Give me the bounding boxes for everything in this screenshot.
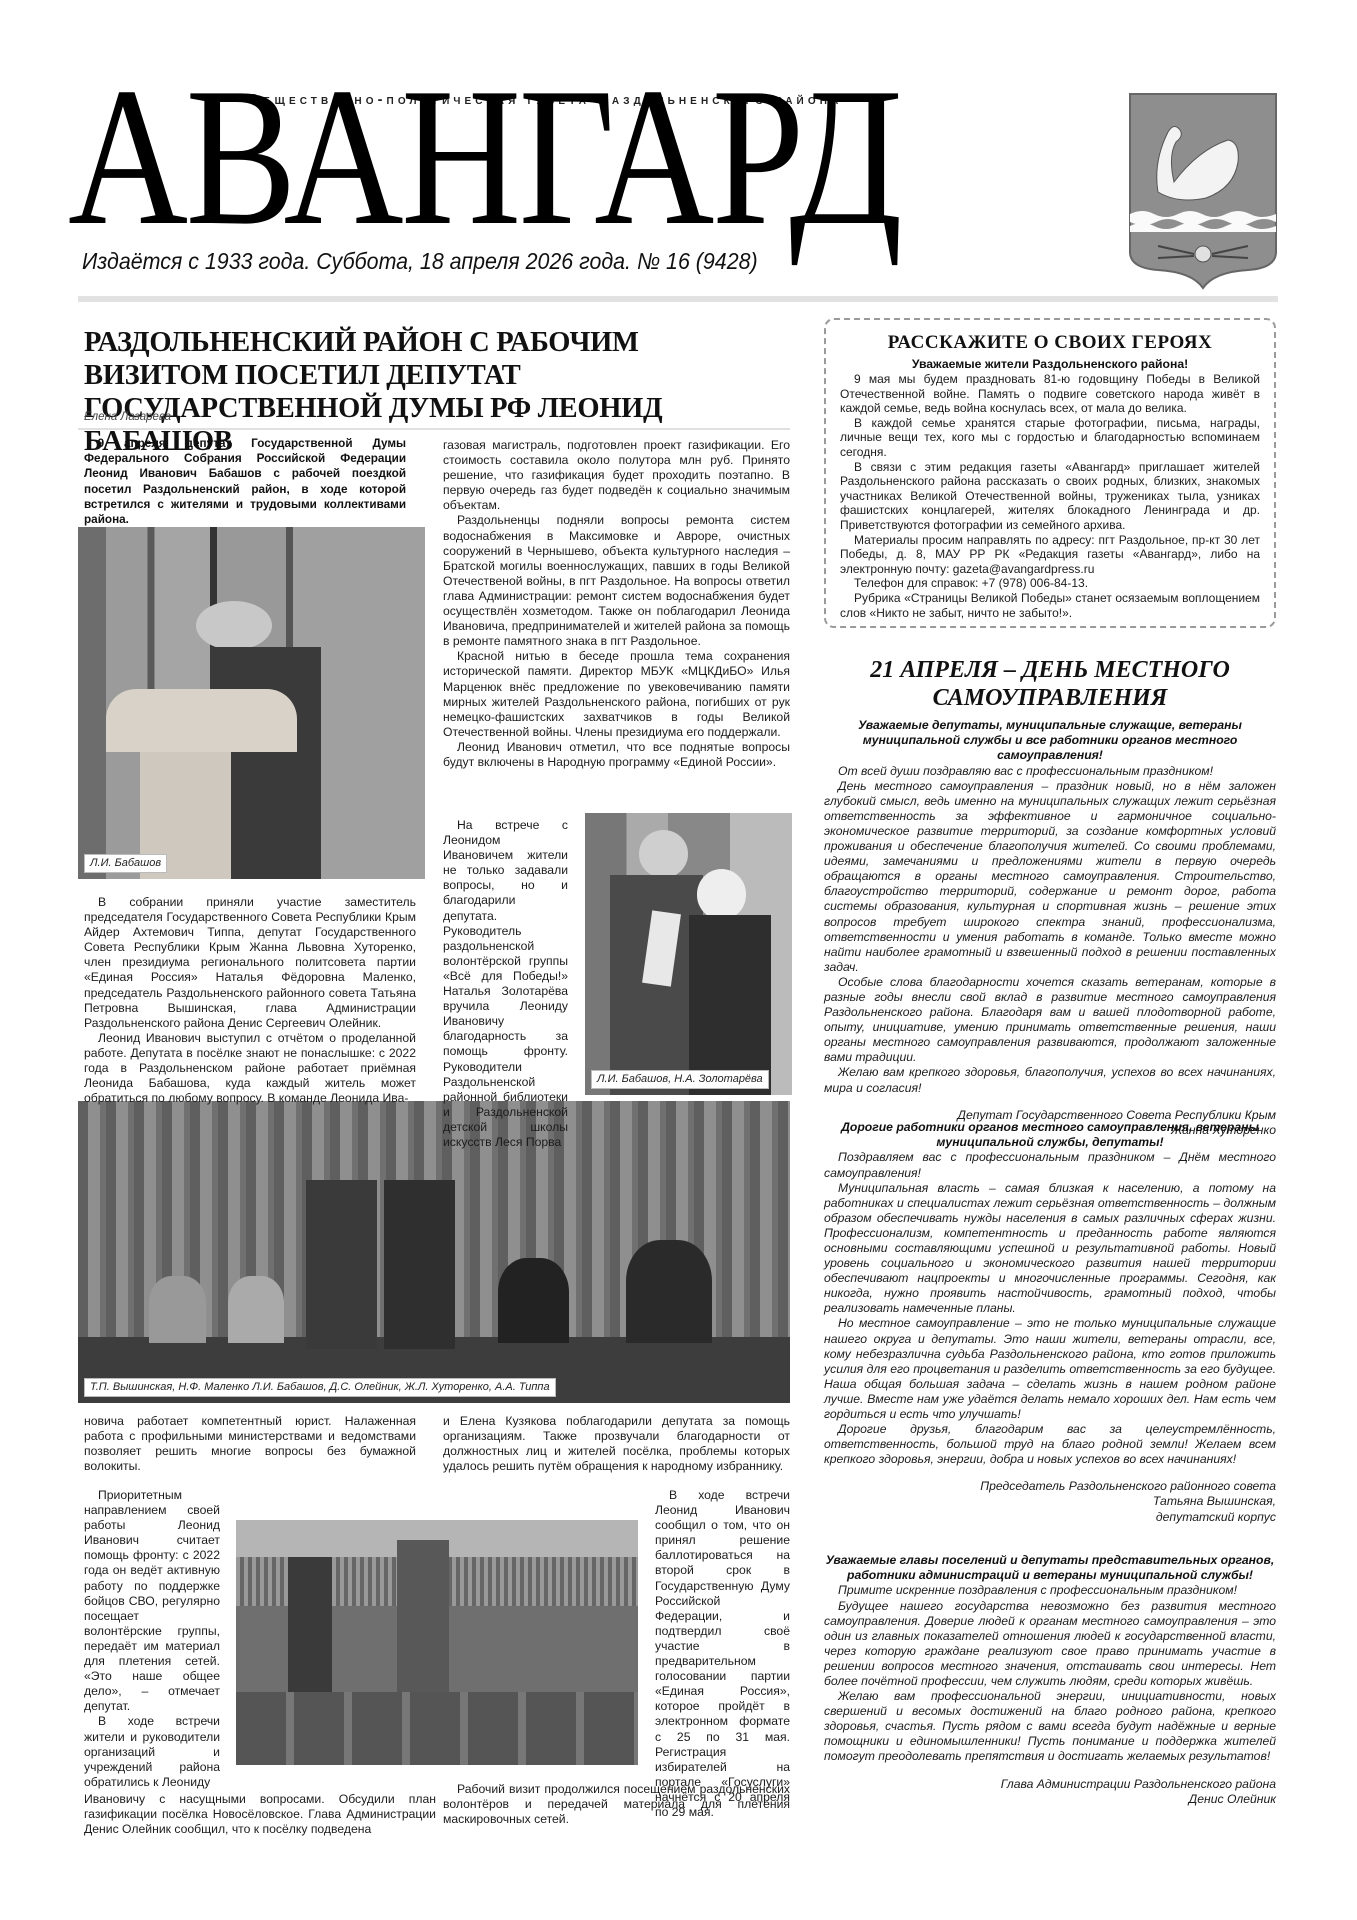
letter-signature: Председатель Раздольненского районного с… [824, 1479, 1276, 1524]
letter-greeting: Дорогие работники органов местного самоу… [824, 1120, 1276, 1150]
person-standing-shape [384, 1180, 455, 1349]
person-head-shape [196, 601, 272, 650]
photo-presidium: Т.П. Вышинская, Н.Ф. Маленко Л.И. Бабашо… [78, 1101, 790, 1403]
greeting-letter-khutorenko: Уважаемые депутаты, муниципальные служащ… [824, 718, 1276, 1138]
person-seated-shape [626, 1240, 711, 1343]
letter-signature: Глава Администрации Раздольненского райо… [824, 1777, 1276, 1807]
photo-caption: Т.П. Вышинская, Н.Ф. Маленко Л.И. Бабашо… [84, 1378, 556, 1397]
podium-shape [106, 689, 297, 752]
article-column-middle-narrow-bottom: В ходе встречи Леонид Иванович сообщил о… [655, 1488, 790, 1820]
person-seated-shape [228, 1276, 285, 1342]
person-body-shape [689, 915, 772, 1095]
letter-greeting: Уважаемые главы поселений и депутаты пре… [824, 1553, 1276, 1583]
article-column-middle-end: Рабочий визит продолжился посещением раз… [443, 1782, 790, 1827]
newspaper-title: АВАНГАРД [68, 72, 958, 242]
article-column-middle-narrow: На встрече с Леонидом Ивановичем жители … [443, 818, 568, 1150]
heroes-body: 9 мая мы будем праздновать 81-ю годовщин… [840, 372, 1260, 620]
person-seated-shape [498, 1258, 569, 1343]
person-head-shape [697, 869, 747, 920]
seats-shape [236, 1692, 638, 1766]
greeting-letter-oleynik: Уважаемые главы поселений и депутаты пре… [824, 1553, 1276, 1807]
person-standing-shape [397, 1540, 449, 1712]
heroes-title: РАССКАЖИТЕ О СВОИХ ГЕРОЯХ [840, 332, 1260, 354]
photo-audience [236, 1520, 638, 1765]
person-seated-shape [149, 1276, 206, 1342]
article-column-left: В собрании приняли участие заместитель п… [84, 895, 416, 1106]
photo-caption: Л.И. Бабашов, Н.А. Золотарёва [591, 1070, 769, 1089]
article-column-left-bottom: новича работает компетентный юрист. Нала… [84, 1414, 416, 1474]
photo-babashov-podium: Л.И. Бабашов [78, 527, 425, 879]
photo-babashov-zolotareva: Л.И. Бабашов, Н.А. Золотарёва [585, 813, 792, 1095]
greeting-letter-vyshinskaya: Дорогие работники органов местного самоу… [824, 1120, 1276, 1525]
article-column-middle-top: газовая магистраль, подготовлен проект г… [443, 438, 790, 770]
issue-info: Издаётся с 1933 года. Суббота, 18 апреля… [82, 248, 758, 275]
person-standing-shape [288, 1557, 332, 1704]
photo-caption: Л.И. Бабашов [84, 854, 167, 873]
article-column-left-narrow: Приоритетным направлением своей работы Л… [84, 1488, 220, 1790]
letter-greeting: Уважаемые депутаты, муниципальные служащ… [824, 718, 1276, 764]
article-byline: Елена Лазарева [84, 411, 171, 423]
person-head-shape [639, 830, 689, 878]
local-government-day-title: 21 АПРЕЛЯ – ДЕНЬ МЕСТНОГО САМОУПРАВЛЕНИЯ [824, 656, 1276, 712]
article-column-middle-bottom: и Елена Кузякова поблагодарили депутата … [443, 1414, 790, 1474]
article-column-left-end: Ивановичу с насущными вопросами. Обсудил… [84, 1792, 436, 1837]
article-divider [78, 428, 790, 430]
swan-coat-of-arms-icon [1128, 92, 1278, 290]
person-standing-shape [306, 1180, 377, 1349]
heroes-greeting: Уважаемые жители Раздольненского района! [840, 357, 1260, 371]
article-lead: 9 апреля депутат Государственной Думы Фе… [84, 436, 406, 527]
heroes-announcement-box: РАССКАЖИТЕ О СВОИХ ГЕРОЯХ Уважаемые жите… [824, 318, 1276, 628]
masthead-divider [78, 296, 1278, 302]
